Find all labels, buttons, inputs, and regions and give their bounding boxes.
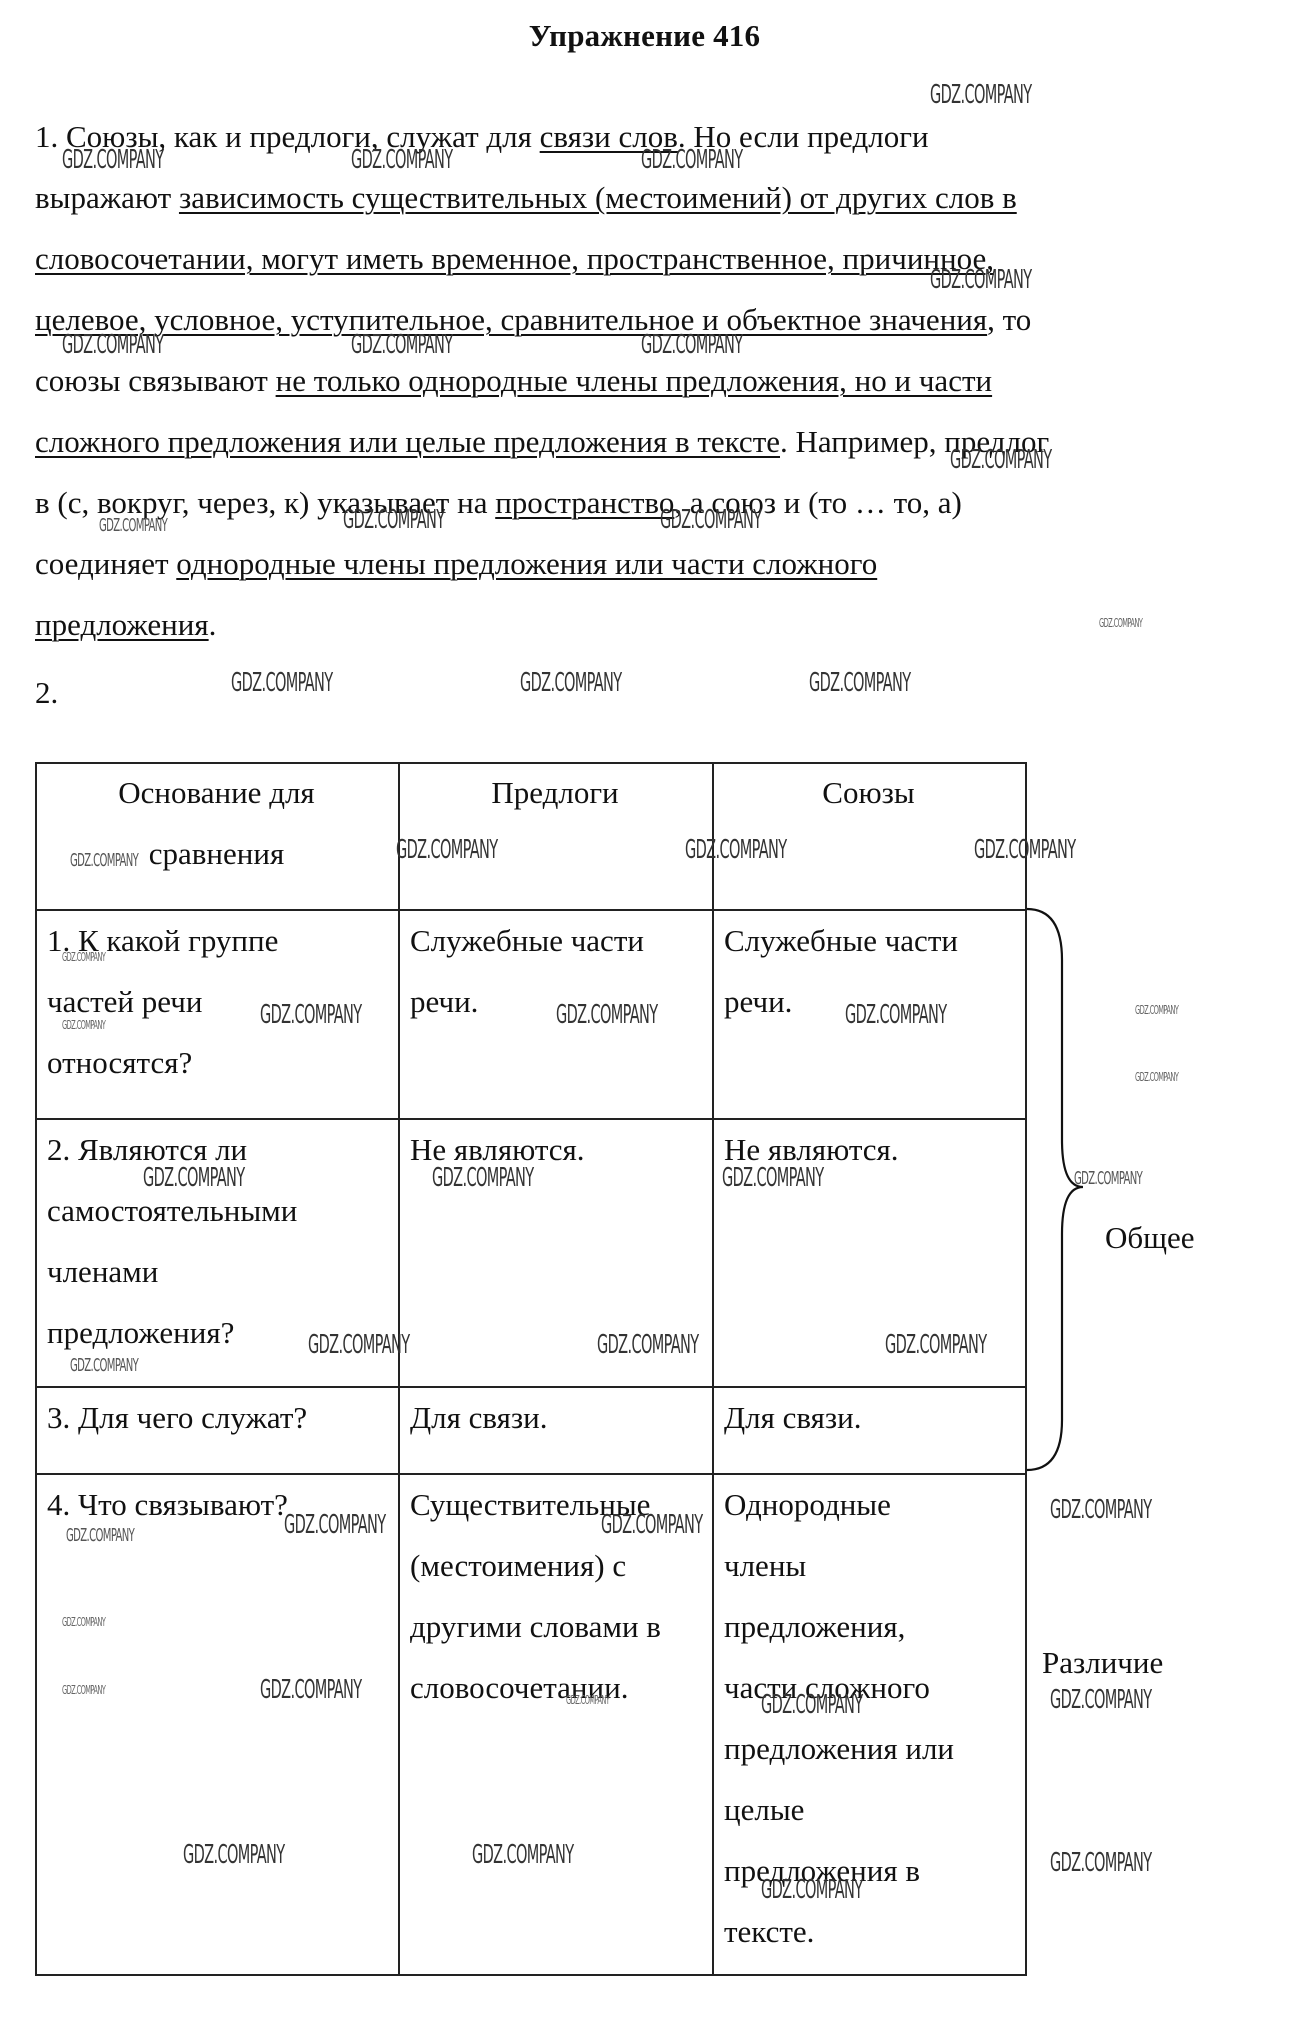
- watermark: GDZ.COMPANY: [351, 145, 453, 175]
- header-prepositions: Предлоги: [398, 762, 712, 823]
- text: союзы связывают: [35, 363, 276, 398]
- watermark: GDZ.COMPANY: [1050, 1848, 1152, 1878]
- watermark: GDZ.COMPANY: [343, 505, 445, 535]
- watermark: GDZ.COMPANY: [597, 1330, 699, 1360]
- watermark: GDZ.COMPANY: [1099, 616, 1142, 630]
- paragraph-line: словосочетании, могут иметь временное, п…: [35, 228, 1235, 289]
- watermark: GDZ.COMPANY: [260, 1000, 362, 1030]
- watermark: GDZ.COMPANY: [1050, 1495, 1152, 1525]
- watermark: GDZ.COMPANY: [66, 1525, 134, 1546]
- underlined-text: сложного предложения или целые предложен…: [35, 424, 780, 459]
- text: .: [209, 607, 217, 642]
- part1-paragraph: 1. Союзы, как и предлоги, служат для свя…: [35, 106, 1235, 655]
- watermark: GDZ.COMPANY: [809, 668, 911, 698]
- curly-brace-icon: [1027, 900, 1107, 1490]
- watermark: GDZ.COMPANY: [308, 1330, 410, 1360]
- watermark: GDZ.COMPANY: [556, 1000, 658, 1030]
- cell-line: Однородные: [724, 1474, 1023, 1535]
- cell-line: предложения,: [724, 1596, 1023, 1657]
- cell-line: Служебные части: [724, 910, 1023, 971]
- cell-line: предложения или: [724, 1718, 1023, 1779]
- watermark: GDZ.COMPANY: [845, 1000, 947, 1030]
- underlined-text: не только однородные члены предложения, …: [276, 363, 992, 398]
- cell-line: целые: [724, 1779, 1023, 1840]
- comparison-table: Основание для сравнения Предлоги Союзы 1…: [35, 762, 1027, 1976]
- watermark: GDZ.COMPANY: [62, 1615, 105, 1629]
- watermark: GDZ.COMPANY: [70, 1355, 138, 1376]
- watermark: GDZ.COMPANY: [722, 1163, 824, 1193]
- text: соединяет: [35, 546, 176, 581]
- watermark: GDZ.COMPANY: [930, 80, 1032, 110]
- underlined-text: словосочетании, могут иметь временное, п…: [35, 241, 994, 276]
- table-col-divider: [712, 762, 714, 1976]
- header-conjunctions-label: Союзы: [712, 762, 1025, 823]
- watermark: GDZ.COMPANY: [601, 1510, 703, 1540]
- watermark: GDZ.COMPANY: [62, 330, 164, 360]
- underlined-text: зависимость существительных (местоимений…: [179, 180, 1017, 215]
- cell-line: тексте.: [724, 1901, 1023, 1962]
- text: , то: [987, 302, 1031, 337]
- watermark: GDZ.COMPANY: [396, 835, 498, 865]
- watermark: GDZ.COMPANY: [62, 1683, 105, 1697]
- watermark: GDZ.COMPANY: [885, 1330, 987, 1360]
- underlined-text: целевое, условное, уступительное, сравни…: [35, 302, 987, 337]
- watermark: GDZ.COMPANY: [974, 835, 1076, 865]
- watermark: GDZ.COMPANY: [566, 1693, 609, 1707]
- paragraph-line: выражают зависимость существительных (ме…: [35, 167, 1235, 228]
- watermark: GDZ.COMPANY: [685, 835, 787, 865]
- paragraph-line: соединяет однородные члены предложения и…: [35, 533, 1235, 594]
- paragraph-line: в (с, вокруг, через, к) указывает на про…: [35, 472, 1235, 533]
- watermark: GDZ.COMPANY: [641, 330, 743, 360]
- part2-label: 2.: [35, 675, 58, 711]
- watermark: GDZ.COMPANY: [62, 950, 105, 964]
- cell-line: членами: [47, 1241, 396, 1302]
- header-conjunctions: Союзы: [712, 762, 1025, 823]
- watermark: GDZ.COMPANY: [70, 850, 138, 871]
- header-basis-line: Основание для: [35, 762, 398, 823]
- table-border-left: [35, 762, 37, 1976]
- table-cell-basis: 2. Являются лисамостоятельнымичленамипре…: [47, 1119, 396, 1363]
- watermark: GDZ.COMPANY: [1135, 1070, 1178, 1084]
- cell-line: словосочетании.: [410, 1657, 710, 1718]
- watermark: GDZ.COMPANY: [1050, 1685, 1152, 1715]
- exercise-title: Упражнение 416: [0, 18, 1289, 54]
- table-col-divider: [398, 762, 400, 1976]
- cell-line: относятся?: [47, 1032, 396, 1093]
- table-cell-prepositions: Для связи.: [410, 1387, 710, 1448]
- watermark: GDZ.COMPANY: [761, 1690, 863, 1720]
- watermark: GDZ.COMPANY: [183, 1840, 285, 1870]
- watermark: GDZ.COMPANY: [351, 330, 453, 360]
- table-cell-conjunctions: Для связи.: [724, 1387, 1023, 1448]
- underlined-text: пространство: [495, 485, 674, 520]
- cell-line: Служебные части: [410, 910, 710, 971]
- watermark: GDZ.COMPANY: [1135, 1003, 1178, 1017]
- watermark: GDZ.COMPANY: [62, 145, 164, 175]
- watermark: GDZ.COMPANY: [284, 1510, 386, 1540]
- label-common: Общее: [1105, 1220, 1195, 1256]
- watermark: GDZ.COMPANY: [432, 1163, 534, 1193]
- underlined-text: однородные члены предложения или части с…: [176, 546, 877, 581]
- watermark: GDZ.COMPANY: [143, 1163, 245, 1193]
- header-prepositions-label: Предлоги: [398, 762, 712, 823]
- paragraph-line: союзы связывают не только однородные чле…: [35, 350, 1235, 411]
- watermark: GDZ.COMPANY: [260, 1675, 362, 1705]
- table-border-bottom: [35, 1974, 1027, 1976]
- watermark: GDZ.COMPANY: [1074, 1168, 1142, 1189]
- paragraph-line: предложения.: [35, 594, 1235, 655]
- paragraph-line: целевое, условное, уступительное, сравни…: [35, 289, 1235, 350]
- paragraph-line: 1. Союзы, как и предлоги, служат для свя…: [35, 106, 1235, 167]
- watermark: GDZ.COMPANY: [520, 668, 622, 698]
- cell-line: другими словами в: [410, 1596, 710, 1657]
- cell-line: (местоимения) с: [410, 1535, 710, 1596]
- cell-line: члены: [724, 1535, 1023, 1596]
- text: выражают: [35, 180, 179, 215]
- watermark: GDZ.COMPANY: [930, 265, 1032, 295]
- label-difference: Различие: [1042, 1645, 1163, 1681]
- table-cell-basis: 3. Для чего служат?: [47, 1387, 396, 1448]
- watermark: GDZ.COMPANY: [950, 445, 1052, 475]
- watermark: GDZ.COMPANY: [99, 515, 167, 536]
- watermark: GDZ.COMPANY: [231, 668, 333, 698]
- watermark: GDZ.COMPANY: [472, 1840, 574, 1870]
- watermark: GDZ.COMPANY: [62, 1018, 105, 1032]
- underlined-text: предложения: [35, 607, 209, 642]
- cell-line: Для связи.: [724, 1387, 1023, 1448]
- watermark: GDZ.COMPANY: [761, 1875, 863, 1905]
- watermark: GDZ.COMPANY: [641, 145, 743, 175]
- cell-line: 3. Для чего служат?: [47, 1387, 396, 1448]
- paragraph-line: сложного предложения или целые предложен…: [35, 411, 1235, 472]
- cell-line: Для связи.: [410, 1387, 710, 1448]
- watermark: GDZ.COMPANY: [660, 505, 762, 535]
